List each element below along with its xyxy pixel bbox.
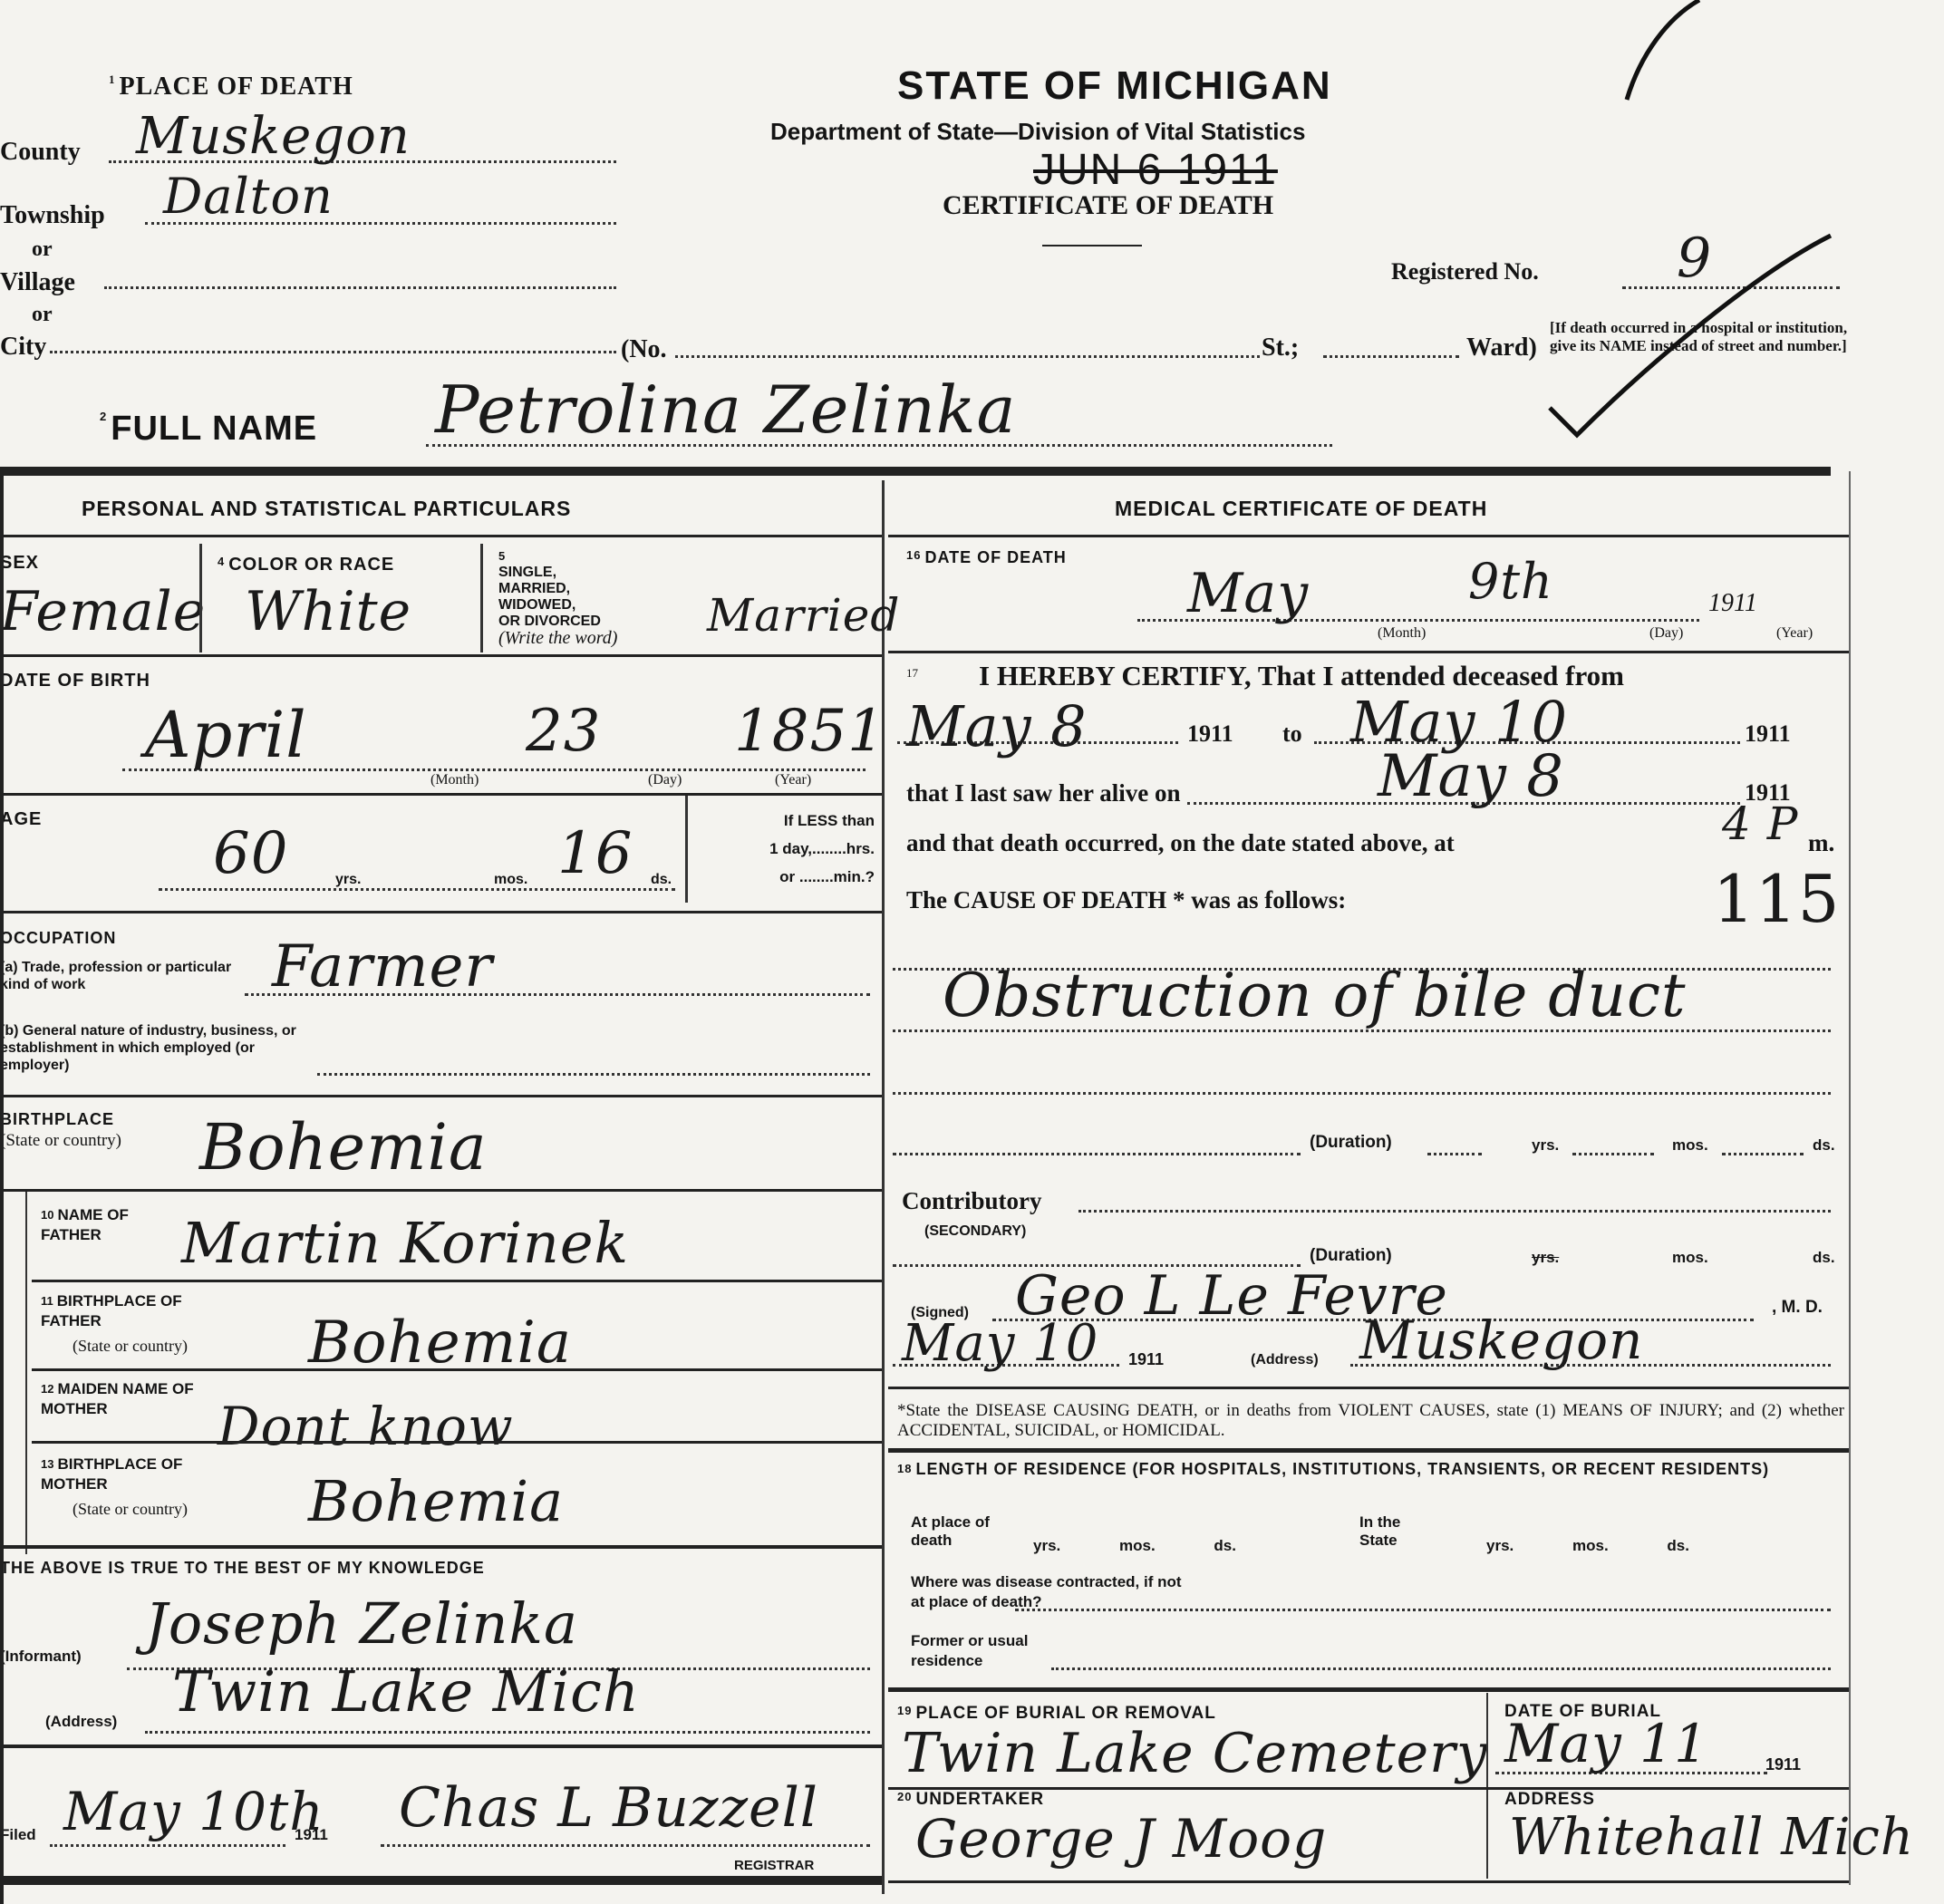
sign-address-label: (Address) — [1251, 1352, 1319, 1368]
occupation-a-value: Farmer — [272, 933, 493, 1000]
informant-address-label: (Address) — [45, 1713, 117, 1731]
page-border — [0, 471, 4, 1904]
mother-birthplace-value: Bohemia — [308, 1468, 564, 1534]
street-no-label: (No. — [621, 335, 667, 364]
hospital-note: [If death occurred in a hospital or inst… — [1550, 319, 1849, 355]
residence-title-text: LENGTH OF RESIDENCE (FOR HOSPITALS, INST… — [915, 1460, 1769, 1478]
burial-date-value: May 11 — [1504, 1713, 1708, 1774]
village-label: Village — [0, 268, 75, 297]
sign-date-value: May 10 — [902, 1314, 1098, 1373]
place-of-death-heading: 1PLACE OF DEATH — [109, 72, 353, 101]
age-label: AGE — [0, 809, 42, 830]
field-number: 2 — [100, 410, 107, 423]
city-label: City — [0, 333, 46, 362]
informant-label: (Informant) — [0, 1648, 82, 1666]
ds-label: ds. — [1813, 1136, 1835, 1155]
column-divider — [882, 480, 885, 1894]
divider — [0, 1745, 882, 1748]
contributory-label: Contributory — [902, 1187, 1042, 1215]
certify-statement: I HEREBY CERTIFY, That I attended deceas… — [979, 660, 1624, 692]
undertaker-address-label: ADDRESS — [1504, 1790, 1595, 1810]
burial-year: 1911 — [1765, 1755, 1801, 1774]
sign-year: 1911 — [1128, 1350, 1164, 1369]
st-label: St.; — [1262, 333, 1299, 362]
filed-label: Filed — [0, 1826, 36, 1844]
note-line: If LESS than — [698, 807, 875, 835]
yrs-label: yrs. — [1532, 1249, 1559, 1267]
cause-footnote: *State the DISEASE CAUSING DEATH, or in … — [897, 1401, 1844, 1441]
burial-place-value: Twin Lake Cemetery — [902, 1722, 1488, 1785]
undertaker-address-value: Whitehall Mich — [1509, 1808, 1914, 1867]
birthplace-label: BIRTHPLACE — [0, 1110, 114, 1129]
received-date-stamp: JUN 6 1911 — [1033, 145, 1278, 195]
registrar-signature: Chas L Buzzell — [399, 1776, 818, 1840]
section-divider — [0, 467, 1831, 476]
mos-label: mos. — [494, 872, 527, 888]
secondary-label: (SECONDARY) — [924, 1223, 1026, 1240]
duration-label: (Duration) — [1310, 1133, 1392, 1153]
dob-day: 23 — [526, 698, 601, 765]
year-caption: (Year) — [775, 772, 811, 788]
occupation-b-label: (b) General nature of industry, business… — [0, 1022, 317, 1074]
street-line — [675, 355, 1260, 358]
full-name-value: Petrolina Zelinka — [435, 372, 1016, 448]
mother-birthplace-label-text: BIRTHPLACE OF MOTHER — [41, 1455, 182, 1493]
occupation-label: OCCUPATION — [0, 929, 116, 948]
divider — [0, 535, 882, 537]
certificate-title: CERTIFICATE OF DEATH — [943, 190, 1273, 221]
contributory-line — [1078, 1210, 1831, 1213]
age-line — [159, 888, 675, 891]
field-number: 13 — [41, 1457, 53, 1471]
color-race-label-text: COLOR OR RACE — [228, 555, 394, 575]
date-of-death-label: 16DATE OF DEATH — [906, 548, 1067, 567]
duration-line — [893, 1153, 1301, 1155]
cause-of-death-label: The CAUSE OF DEATH * was as follows: — [906, 886, 1346, 914]
less-than-day-note: If LESS than 1 day,........hrs. or .....… — [698, 807, 875, 891]
filed-year: 1911 — [295, 1826, 328, 1844]
date-of-death-day: 9th — [1468, 553, 1553, 610]
county-label: County — [0, 138, 81, 167]
attended-from-year: 1911 — [1187, 720, 1233, 748]
day-caption: (Day) — [1649, 625, 1683, 642]
last-saw-value: May 8 — [1378, 743, 1564, 810]
field-number: 1 — [109, 72, 116, 86]
month-caption: (Month) — [430, 772, 479, 788]
registered-no-label: Registered No. — [1391, 258, 1539, 285]
field-number: 12 — [41, 1382, 53, 1396]
registrar-line — [381, 1844, 870, 1847]
divider — [32, 1368, 882, 1371]
father-birthplace-value: Bohemia — [308, 1310, 572, 1377]
marital-line: SINGLE, — [498, 565, 617, 581]
knowledge-statement: THE ABOVE IS TRUE TO THE BEST OF MY KNOW… — [0, 1559, 485, 1578]
field-number: 5 — [498, 549, 505, 563]
divider — [888, 1687, 1849, 1692]
note-line: 1 day,........hrs. — [698, 835, 875, 863]
mother-birthplace-label: 13BIRTHPLACE OF MOTHER — [41, 1455, 222, 1494]
divider — [199, 544, 202, 652]
disease-contracted-line — [1015, 1609, 1831, 1611]
duration-label: (Duration) — [1310, 1246, 1392, 1266]
death-time-suffix: m. — [1808, 829, 1834, 857]
divider — [32, 1441, 882, 1444]
city-line — [50, 351, 616, 353]
mos-label: mos. — [1572, 1537, 1609, 1554]
divider — [685, 796, 688, 903]
informant-value: Joseph Zelinka — [145, 1590, 578, 1657]
dob-month: April — [145, 698, 307, 772]
birthplace-value: Bohemia — [199, 1110, 488, 1184]
marital-instruction: (Write the word) — [498, 630, 617, 646]
duration-yrs-line — [1427, 1153, 1482, 1155]
ward-line — [1323, 355, 1459, 358]
mother-birthplace-sub: (State or country) — [73, 1500, 188, 1519]
birthplace-sub: (State or country) — [0, 1131, 121, 1151]
former-residence-line — [1051, 1667, 1831, 1670]
or-label: or — [32, 237, 53, 262]
yrs-label: yrs. — [1033, 1537, 1060, 1554]
field-number: 16 — [906, 548, 921, 562]
undertaker-value: George J Moog — [915, 1808, 1327, 1870]
dob-year: 1851 — [734, 698, 885, 765]
father-birthplace-label: 11BIRTHPLACE OF FATHER — [41, 1291, 222, 1331]
divider — [0, 1545, 882, 1549]
md-label: , M. D. — [1772, 1298, 1823, 1318]
father-birthplace-sub: (State or country) — [73, 1337, 188, 1356]
physician-address-value: Muskegon — [1359, 1310, 1643, 1371]
ward-label: Ward) — [1466, 333, 1537, 362]
burial-place-label-text: PLACE OF BURIAL OR REMOVAL — [915, 1704, 1215, 1723]
dob-label: DATE OF BIRTH — [0, 671, 150, 691]
cause-line — [893, 1029, 1831, 1032]
mother-maiden-name-label-text: MAIDEN NAME OF MOTHER — [41, 1380, 194, 1417]
full-name-label-text: FULL NAME — [111, 410, 317, 448]
registrar-label: REGISTRAR — [734, 1858, 814, 1873]
divider — [888, 1387, 1849, 1389]
mos-label: mos. — [1672, 1136, 1708, 1155]
date-of-death-year: 1911 — [1708, 589, 1757, 618]
month-caption: (Month) — [1378, 625, 1426, 642]
field-number: 11 — [41, 1294, 53, 1308]
cause-of-death-value: Obstruction of bile duct — [943, 961, 1687, 1030]
sex-value: Female — [0, 580, 206, 643]
residence-title: 18LENGTH OF RESIDENCE (FOR HOSPITALS, IN… — [897, 1459, 1844, 1479]
or-label: or — [32, 303, 53, 327]
check-mark-icon — [1541, 0, 1939, 471]
note-line: or ........min.? — [698, 863, 875, 891]
divider — [0, 1095, 882, 1097]
occupation-b-line — [317, 1073, 870, 1076]
last-saw-label: that I last saw her alive on — [906, 779, 1181, 807]
year-caption: (Year) — [1776, 625, 1813, 642]
age-years: 60 — [213, 820, 288, 887]
field-number: 17 — [906, 666, 918, 681]
at-place-units: yrs. mos. ds. — [961, 1537, 1236, 1555]
yrs-label: yrs. — [335, 872, 361, 888]
divider — [32, 1280, 882, 1282]
yrs-label: yrs. — [1486, 1537, 1514, 1554]
attended-to-year: 1911 — [1745, 720, 1791, 748]
field-number: 4 — [218, 555, 225, 568]
marital-line: WIDOWED, — [498, 597, 617, 614]
father-name-label-text: NAME OF FATHER — [41, 1206, 129, 1243]
field-number: 20 — [897, 1790, 912, 1803]
informant-address-value: Twin Lake Mich — [172, 1658, 640, 1725]
undertaker-label: 20UNDERTAKER — [897, 1790, 1044, 1810]
divider — [1486, 1693, 1488, 1879]
filed-date-value: May 10th — [63, 1781, 324, 1842]
village-line — [104, 286, 616, 289]
divider — [0, 911, 882, 913]
ds-label: ds. — [1813, 1249, 1835, 1267]
former-residence-label: Former or usual residence — [911, 1631, 1038, 1671]
divider — [888, 1448, 1849, 1453]
day-caption: (Day) — [648, 772, 682, 788]
to-label: to — [1282, 720, 1302, 748]
field-number: 10 — [41, 1208, 53, 1222]
divider — [888, 535, 1849, 537]
color-race-value: White — [245, 580, 411, 643]
father-birthplace-label-text: BIRTHPLACE OF FATHER — [41, 1292, 182, 1329]
filed-date-line — [50, 1844, 285, 1847]
ds-label: ds. — [651, 872, 672, 888]
county-value: Muskegon — [136, 107, 411, 166]
in-state-units: yrs. mos. ds. — [1414, 1537, 1689, 1555]
township-label: Township — [0, 201, 105, 230]
divider — [888, 651, 1849, 653]
state-title: STATE OF MICHIGAN — [897, 63, 1332, 109]
marital-label: 5 SINGLE, MARRIED, WIDOWED, OR DIVORCED … — [498, 548, 617, 646]
marital-line: MARRIED, — [498, 581, 617, 597]
mother-maiden-name-value: Dont know — [218, 1396, 514, 1457]
yrs-label: yrs. — [1532, 1136, 1559, 1155]
divider — [25, 1192, 27, 1554]
sex-label: SEX — [0, 553, 39, 574]
date-of-death-label-text: DATE OF DEATH — [924, 548, 1066, 566]
informant-address-line — [145, 1731, 870, 1734]
bottom-divider — [0, 1876, 882, 1885]
cause-line — [893, 1092, 1831, 1095]
burial-place-label: 19PLACE OF BURIAL OR REMOVAL — [897, 1704, 1216, 1724]
medical-section-title: MEDICAL CERTIFICATE OF DEATH — [1115, 497, 1487, 521]
mos-label: mos. — [1672, 1249, 1708, 1267]
color-race-label: 4COLOR OR RACE — [218, 555, 394, 575]
department-line: Department of State—Division of Vital St… — [770, 118, 1305, 146]
date-of-death-month: May — [1187, 562, 1309, 625]
age-days: 16 — [557, 820, 633, 887]
duration-mos-line — [1572, 1153, 1654, 1155]
undertaker-label-text: UNDERTAKER — [915, 1790, 1044, 1809]
divider — [1042, 245, 1142, 246]
divider — [0, 1189, 882, 1192]
occupation-a-label: (a) Trade, profession or particular kind… — [0, 959, 245, 993]
field-number: 19 — [897, 1704, 912, 1717]
mother-maiden-name-label: 12MAIDEN NAME OF MOTHER — [41, 1379, 222, 1419]
father-name-label: 10NAME OF FATHER — [41, 1205, 177, 1245]
marital-value: Married — [707, 589, 900, 642]
place-of-death-title: PLACE OF DEATH — [120, 72, 353, 101]
page-border — [1849, 471, 1851, 1885]
field-number: 18 — [897, 1462, 912, 1475]
divider — [0, 654, 882, 657]
father-name-value: Martin Korinek — [181, 1210, 629, 1276]
cause-code: 115 — [1713, 861, 1840, 937]
duration-ds-line — [1722, 1153, 1804, 1155]
divider — [0, 793, 882, 796]
full-name-label: 2FULL NAME — [100, 410, 317, 449]
ds-label: ds. — [1667, 1537, 1689, 1554]
bottom-divider — [888, 1880, 1849, 1883]
disease-contracted-label: Where was disease contracted, if not at … — [911, 1572, 1183, 1612]
death-time-value: 4 P — [1722, 797, 1798, 850]
divider — [480, 544, 483, 652]
mos-label: mos. — [1119, 1537, 1156, 1554]
personal-section-title: PERSONAL AND STATISTICAL PARTICULARS — [82, 497, 571, 521]
death-time-label: and that death occurred, on the date sta… — [906, 829, 1455, 857]
township-value: Dalton — [163, 168, 334, 225]
ds-label: ds. — [1214, 1537, 1236, 1554]
attended-from-value: May 8 — [906, 693, 1088, 759]
